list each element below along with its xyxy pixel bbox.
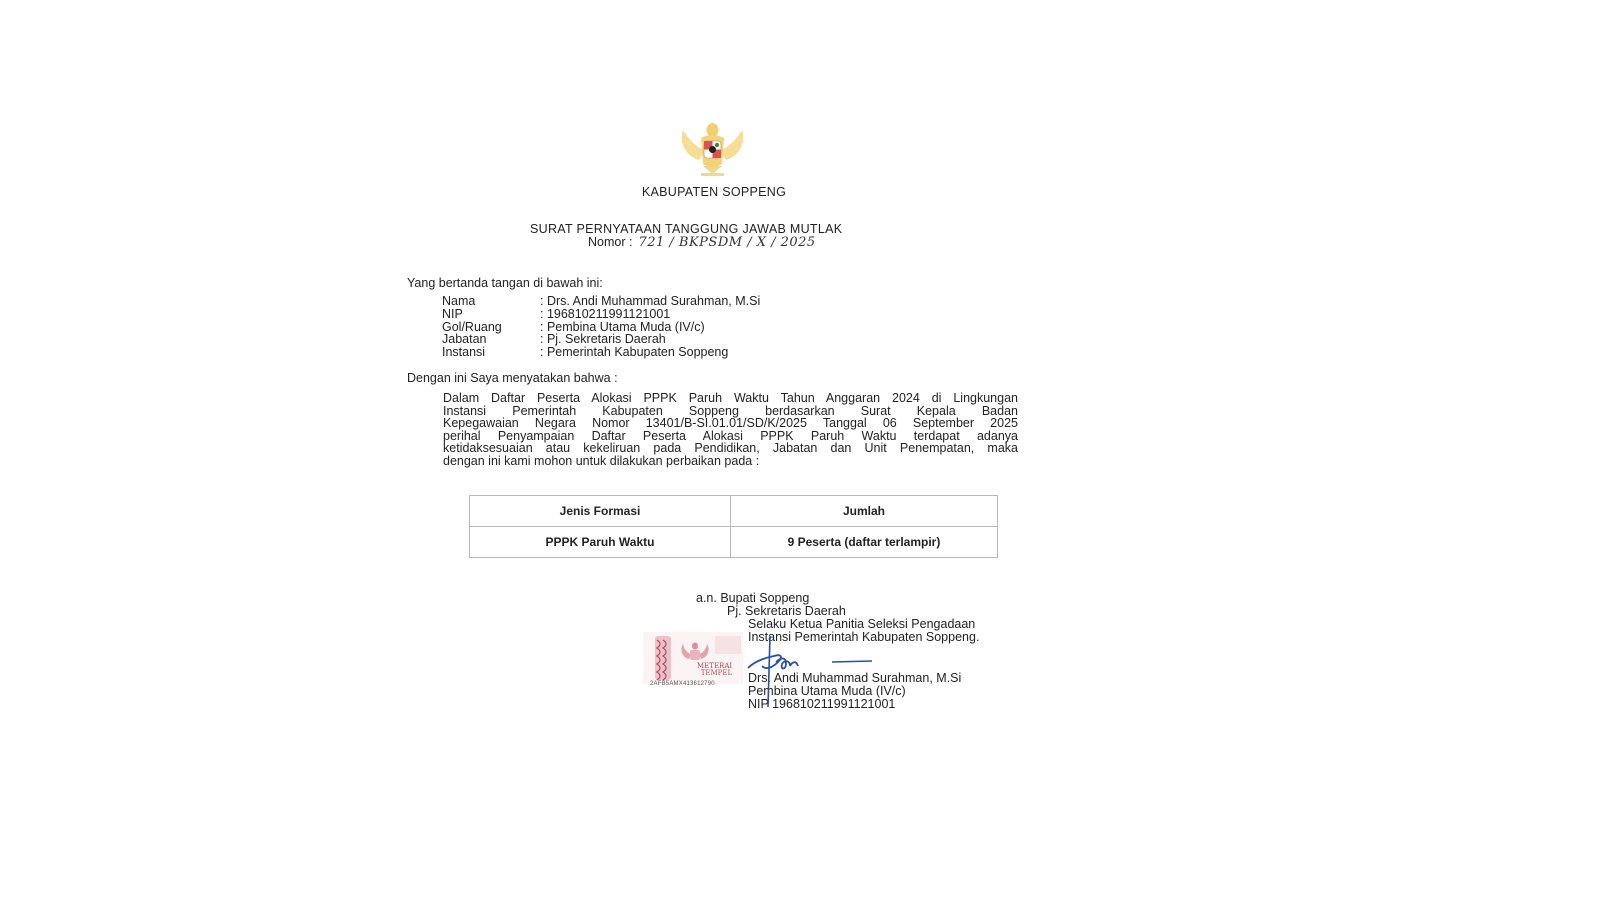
identity-value: : Pemerintah Kabupaten Soppeng: [540, 346, 728, 359]
document-number: Nomor :721 / BKPSDM / X / 2025: [588, 235, 816, 250]
identity-label: Nama: [442, 295, 540, 308]
identity-label: NIP: [442, 308, 540, 321]
identity-row-instansi: Instansi : Pemerintah Kabupaten Soppeng: [442, 346, 760, 359]
identity-row-nama: Nama : Drs. Andi Muhammad Surahman, M.Si: [442, 295, 760, 308]
document-page: KABUPATEN SOPPENG SURAT PERNYATAAN TANGG…: [0, 0, 1600, 900]
signatory-name: Drs. Andi Muhammad Surahman, M.Si: [748, 671, 961, 685]
document-number-label: Nomor :: [588, 235, 632, 249]
signature-role-line-2: Instansi Pemerintah Kabupaten Soppeng.: [748, 630, 979, 644]
document-number-value: 721 / BKPSDM / X / 2025: [638, 235, 815, 250]
table-header-jenis-formasi: Jenis Formasi: [470, 496, 731, 527]
document-title: SURAT PERNYATAAN TANGGUNG JAWAB MUTLAK: [530, 222, 842, 236]
table-header-row: Jenis Formasi Jumlah: [470, 496, 998, 527]
table-header-jumlah: Jumlah: [731, 496, 998, 527]
signatory-nip: NIP 196810211991121001: [748, 697, 895, 711]
identity-block: Nama : Drs. Andi Muhammad Surahman, M.Si…: [442, 295, 760, 359]
signatory-rank: Pembina Utama Muda (IV/c): [748, 684, 906, 698]
paragraph-line: Dalam Daftar Peserta Alokasi PPPK Paruh …: [443, 392, 1018, 405]
meterai-serial: 2AFB5AMX413612790: [650, 681, 715, 687]
statement-heading: Dengan ini Saya menyatakan bahwa :: [407, 371, 618, 385]
meterai-label-line-2: TEMPEL: [697, 670, 732, 677]
identity-value: : Drs. Andi Muhammad Surahman, M.Si: [540, 295, 760, 308]
intro-text: Yang bertanda tangan di bawah ini:: [407, 276, 603, 290]
signature-role-line-1: Selaku Ketua Panitia Seleksi Pengadaan: [748, 617, 975, 631]
signature-position: Pj. Sekretaris Daerah: [727, 604, 846, 618]
table-cell: PPPK Paruh Waktu: [470, 527, 731, 558]
agency-name: KABUPATEN SOPPENG: [0, 185, 1428, 199]
signature-on-behalf: a.n. Bupati Soppeng: [696, 591, 809, 605]
paragraph-line: dengan ini kami mohon untuk dilakukan pe…: [443, 455, 1018, 468]
statement-paragraph: Dalam Daftar Peserta Alokasi PPPK Paruh …: [443, 392, 1018, 468]
table-cell: 9 Peserta (daftar terlampir): [731, 527, 998, 558]
paragraph-line: Kepegawaian Negara Nomor 13401/B-SI.01.0…: [443, 417, 1018, 430]
meterai-label: METERAI TEMPEL: [697, 663, 732, 677]
garuda-emblem-icon: [675, 120, 750, 178]
identity-row-nip: NIP : 196810211991121001: [442, 308, 760, 321]
table-row: PPPK Paruh Waktu 9 Peserta (daftar terla…: [470, 527, 998, 558]
identity-value: : 196810211991121001: [540, 308, 670, 321]
identity-label: Instansi: [442, 346, 540, 359]
formasi-table: Jenis Formasi Jumlah PPPK Paruh Waktu 9 …: [469, 495, 998, 558]
